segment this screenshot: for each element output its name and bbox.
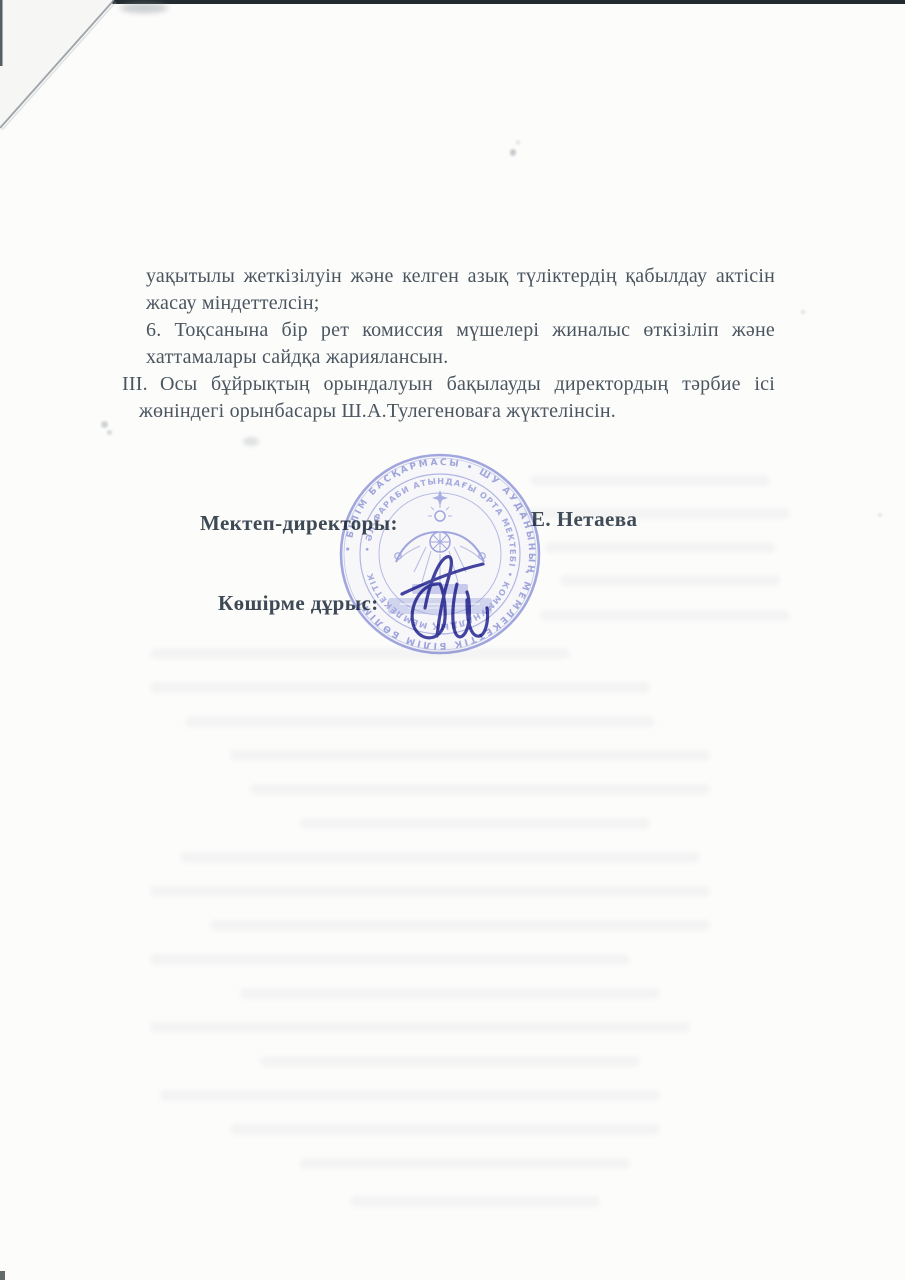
bleedthrough-line [350,1196,600,1207]
body-line: жасау міндеттелсін; [146,290,775,317]
body-line-text: Осы бұйрықтың орындалуын бақылауды дирек… [160,373,775,395]
document-body: уақытылы жеткізілуін және келген азық тү… [146,263,775,425]
bleedthrough-line [300,1158,630,1169]
body-line: III.Осы бұйрықтың орындалуын бақылауды д… [146,371,775,398]
bleedthrough-line [150,1022,690,1033]
scan-top-edge [112,0,905,4]
ink-smudge [243,437,259,446]
body-line: уақытылы жеткізілуін және келген азық тү… [146,263,775,290]
ink-smudge [101,421,108,428]
bleedthrough-line [530,475,770,486]
bleedthrough-line [300,818,650,829]
body-line: жөніндегі орынбасары Ш.А.Тулегеноваға жү… [139,398,775,425]
bleedthrough-line [150,886,710,897]
bleedthrough-line [230,1124,660,1135]
bleedthrough-line [540,610,790,621]
bleedthrough-line [180,852,700,863]
dust-speck [801,310,805,314]
bleedthrough-line [230,750,710,761]
scanned-document-page: уақытылы жеткізілуін және келген азық тү… [0,0,905,1280]
bleedthrough-line [545,542,775,553]
handwritten-signature [395,548,505,653]
body-line: 6. Тоқсанына бір рет комиссия мүшелері ж… [146,317,775,344]
paragraph-numeral: III. [122,371,148,398]
bleedthrough-line [250,784,710,795]
bleedthrough-line [560,575,780,586]
bleedthrough-line [150,682,650,693]
bleedthrough-line [185,716,655,727]
dust-speck [516,140,520,145]
bleedthrough-line [260,1056,640,1067]
bleedthrough-line [210,920,710,931]
body-line: хаттамалары сайдқа жариялансын. [146,344,775,371]
ink-smudge [107,430,112,435]
dust-speck [510,149,516,156]
dust-speck [878,513,882,517]
scan-bottom-corner-mark [0,1271,5,1280]
corner-fold-crease [0,0,130,140]
bleedthrough-line [240,988,660,999]
bleedthrough-line [150,954,630,965]
bleedthrough-line [160,1090,660,1101]
